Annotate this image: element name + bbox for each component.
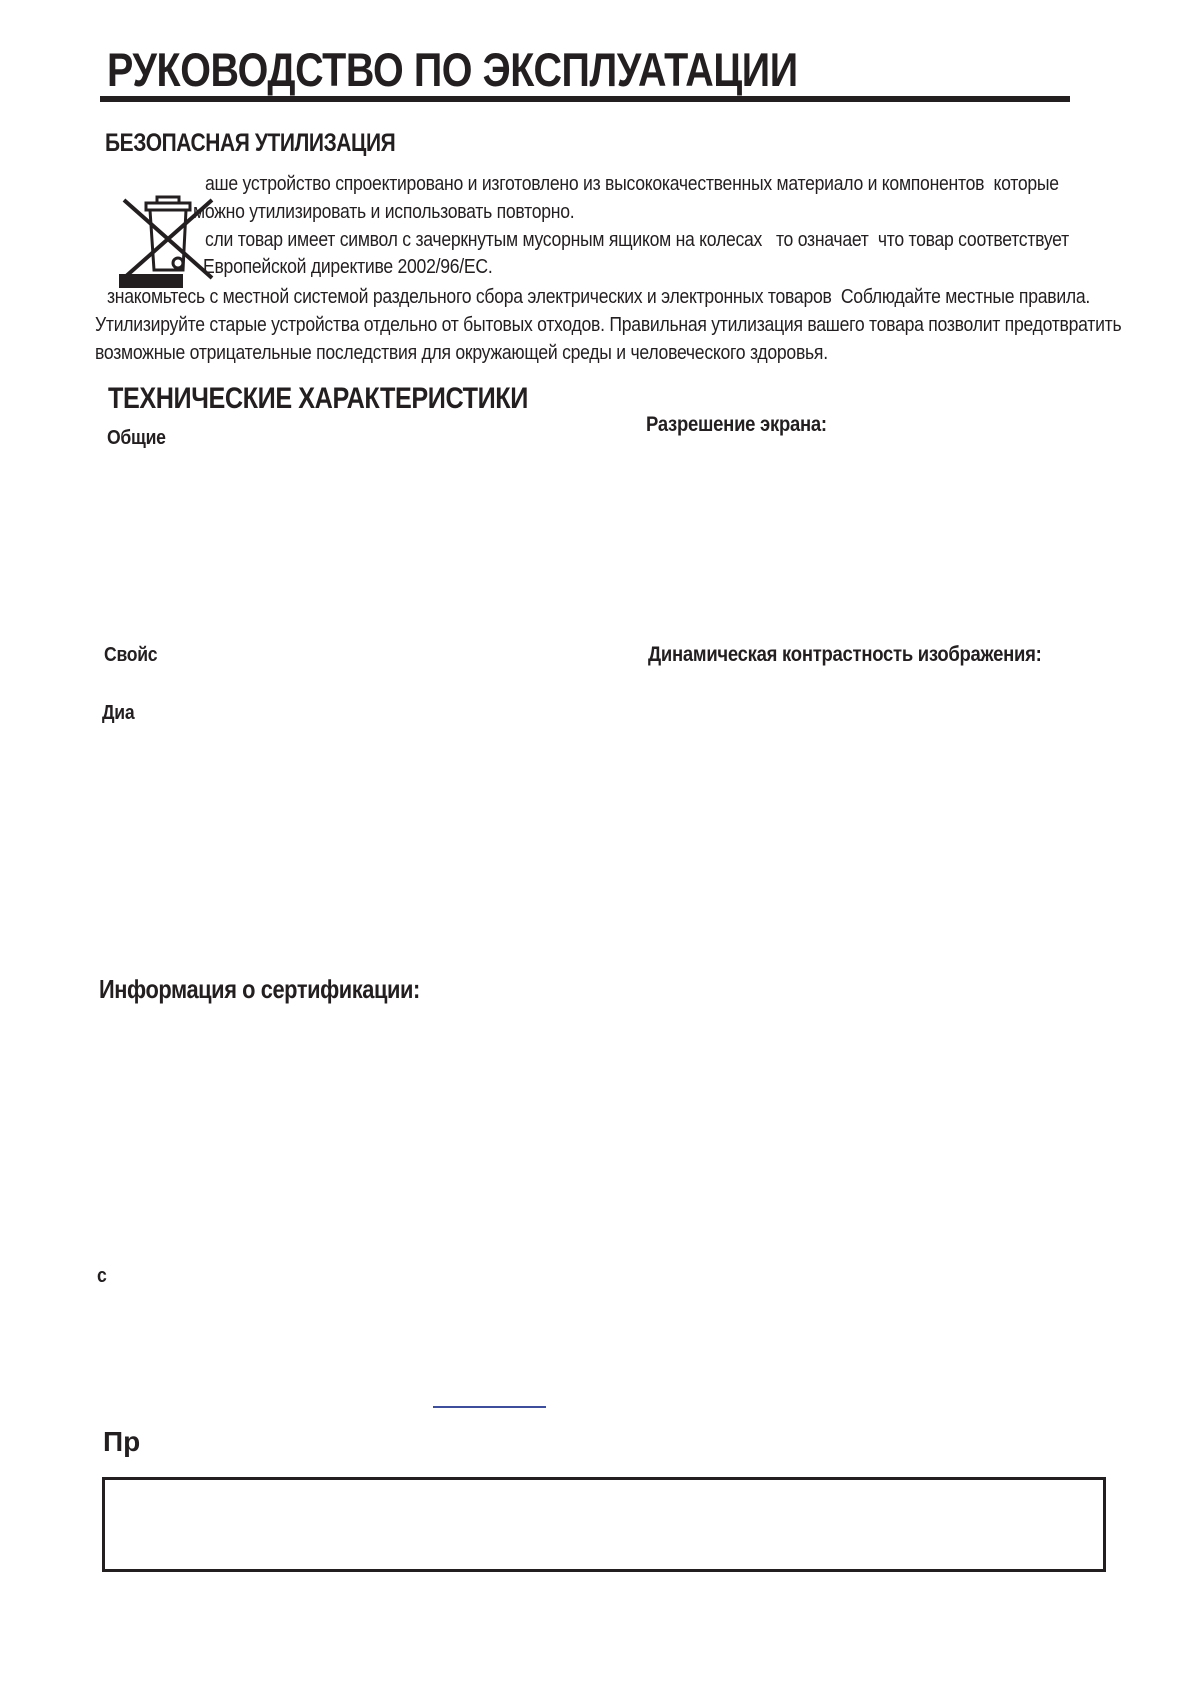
specs-dynamic-contrast-label: Динамическая контрастность изображения: <box>648 644 1042 665</box>
manual-page: РУКОВОДСТВО ПО ЭКСПЛУАТАЦИИ БЕЗОПАСНАЯ У… <box>0 0 1190 1684</box>
specs-properties-label: Свойс <box>104 645 157 665</box>
disposal-text-line: можно утилизировать и использовать повто… <box>193 202 574 222</box>
disposal-text-line: возможные отрицательные последствия для … <box>95 343 828 363</box>
specs-general-label: Общие <box>107 428 166 448</box>
specs-resolution-label: Разрешение экрана: <box>646 414 827 435</box>
disposal-heading: БЕЗОПАСНАЯ УТИЛИЗАЦИЯ <box>105 131 395 156</box>
producer-label: Пр <box>103 1428 140 1456</box>
hyperlink-underline[interactable] <box>433 1406 546 1408</box>
weee-bin-icon <box>103 176 197 264</box>
specs-diagonal-label: Диа <box>102 703 134 723</box>
disposal-text-line: знакомьтесь с местной системой раздельно… <box>107 287 1090 307</box>
certification-heading: Информация о сертификации: <box>99 976 420 1002</box>
disposal-text-line: сли товар имеет символ с зачеркнутым мус… <box>205 230 1069 250</box>
certification-orphan-text: с <box>97 1266 107 1286</box>
disposal-text-line: Европейской директиве 2002/96/ЕС. <box>203 257 492 277</box>
specs-heading: ТЕХНИЧЕСКИЕ ХАРАКТЕРИСТИКИ <box>108 384 528 414</box>
disposal-text-line: Утилизируйте старые устройства отдельно … <box>95 315 1121 335</box>
title-rule <box>100 96 1070 102</box>
disposal-text-line: аше устройство спроектировано и изготовл… <box>205 174 1059 194</box>
notice-box <box>102 1477 1106 1572</box>
page-title: РУКОВОДСТВО ПО ЭКСПЛУАТАЦИИ <box>107 46 798 93</box>
